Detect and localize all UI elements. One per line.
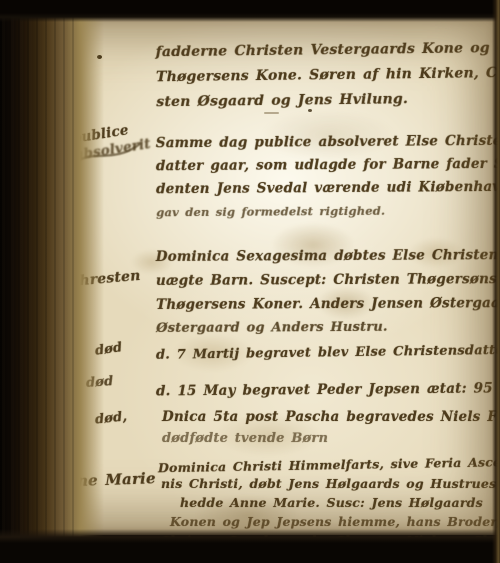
binding-wood-streaks — [0, 0, 74, 563]
text-line: Dominica Christi Himmelfarts, sive Feria… — [158, 454, 500, 476]
text-line: sten Øsgaard og Jens Hvilung. — [156, 86, 500, 116]
bottom-border — [0, 529, 500, 563]
entry-public-absolution: Samme dag publice absolveret Else Christ… — [156, 130, 500, 225]
ink-dot — [308, 109, 312, 112]
entry-baptism-witnesses: fadderne Christen Vestergaards Kone og C… — [156, 36, 500, 116]
ink-dash — [264, 112, 279, 114]
burial-line: dødfødte tvende Børn — [162, 431, 328, 446]
text-line: Østergaard og Anders Hustru. — [156, 315, 500, 341]
burial-line: d. 7 Martij begravet blev Else Christens… — [156, 342, 500, 363]
burial-line: d. 15 May begravet Peder Jepsen ætat: 95 — [156, 381, 493, 400]
top-border — [0, 0, 500, 22]
text-line: uægte Barn. Suscept: Christen Thøgersøns… — [156, 267, 500, 293]
right-page-edge — [492, 0, 500, 563]
text-line: Konen og Jep Jepsens hiemme, hans Broder… — [170, 514, 500, 529]
text-line: Samme dag publice absolveret Else Christ… — [156, 130, 500, 156]
text-line: gav den sig formedelst rigtighed. — [156, 199, 500, 225]
entry-baptism-chresten: Dominica Sexagesima døbtes Else Christen… — [156, 243, 500, 341]
text-line: datter gaar, som udlagde for Barne fader… — [156, 153, 500, 179]
text-line: nis Christi, døbt Jens Hølgaards og Hust… — [161, 476, 500, 491]
text-line: denten Jens Svedal værende udi Kiøbenhav… — [156, 176, 500, 202]
text-line: hedde Anne Marie. Susc: Jens Hølgaards — [180, 495, 483, 510]
burial-line: Dnica 5ta post Pascha begravedes Niels F… — [162, 409, 500, 425]
text-line: Thøgersens Koner. Anders Jensen Østergaa… — [156, 291, 500, 317]
text-line: Thøgersens Kone. Søren af hin Kirken, Ch… — [156, 61, 500, 91]
photo-frame: fadderne Christen Vestergaards Kone og C… — [0, 0, 500, 563]
text-line: Dominica Sexagesima døbtes Else Christen… — [156, 243, 500, 269]
